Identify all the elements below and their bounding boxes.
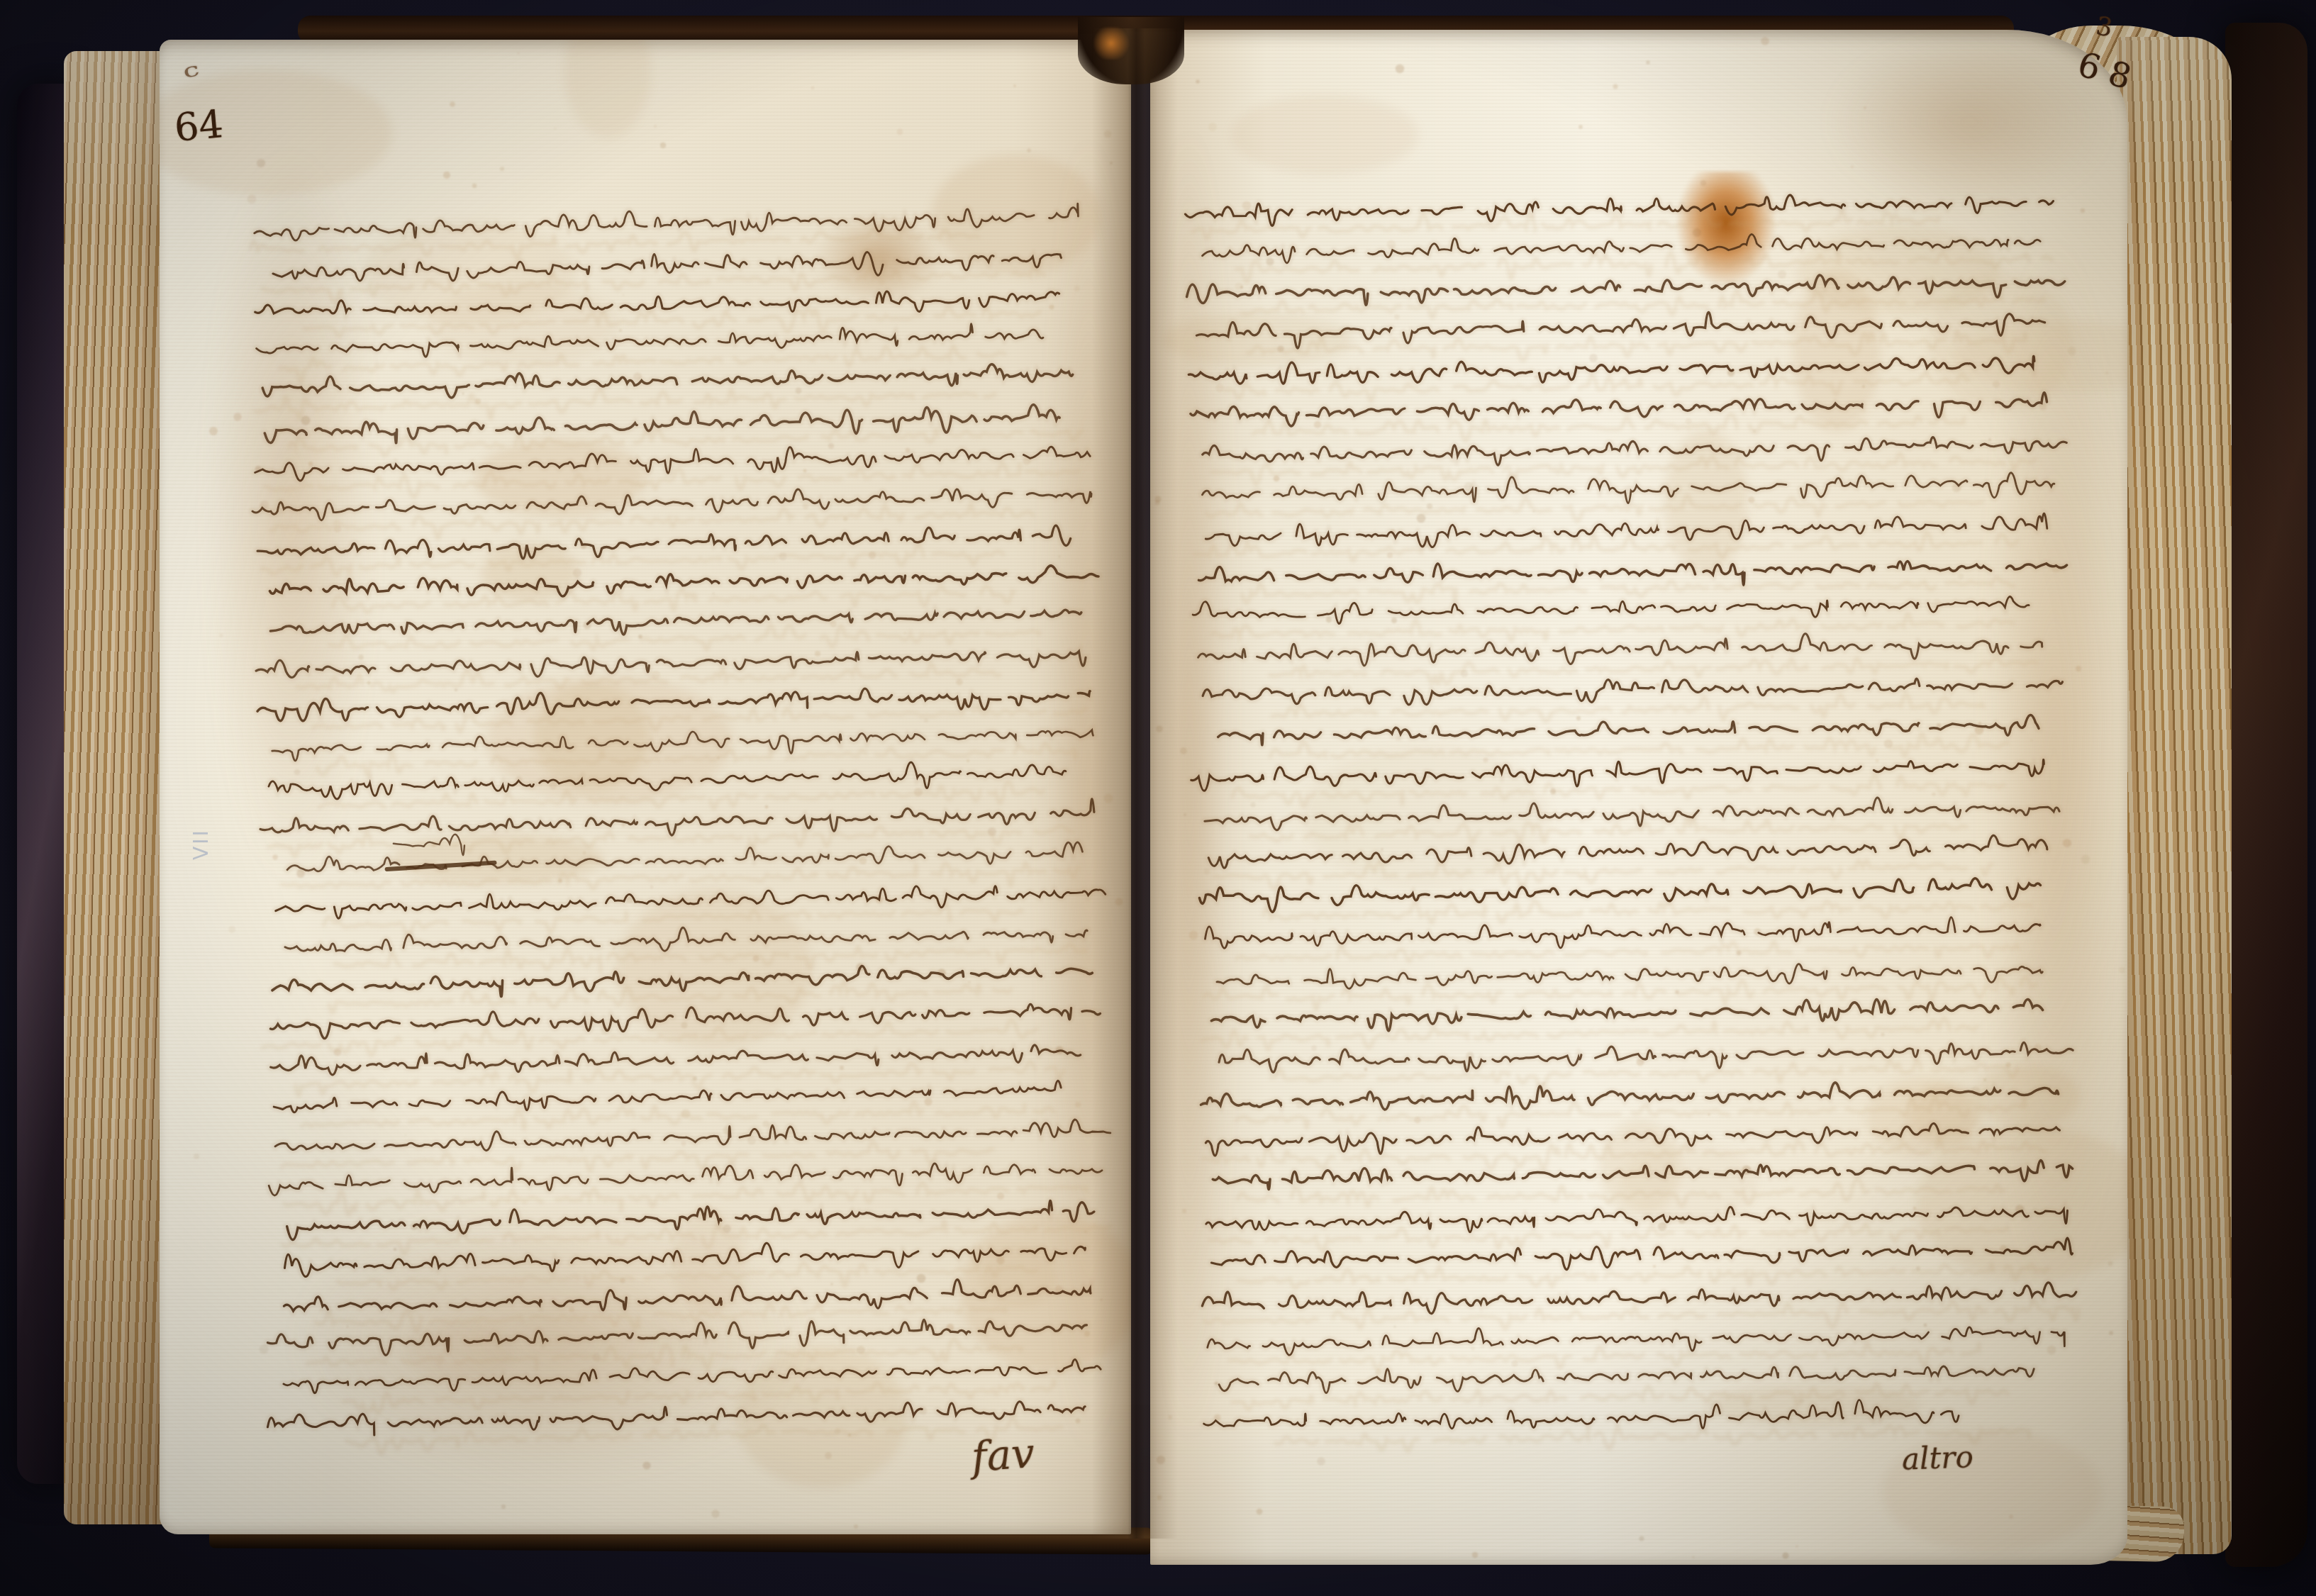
right-page-catchword: altro [1901,1439,1973,1476]
gutter-shadow [1092,28,1177,1539]
left-margin-blue-pencil-mark: VII [189,836,260,860]
handwriting-line [1218,715,2039,746]
handwriting-line [252,484,1092,523]
book-cover-right-edge [2225,23,2307,1567]
handwriting-right-page [1150,30,2127,1565]
left-page-folio-number: 64 [172,101,225,150]
handwriting-line [257,525,1071,564]
page-edges-left [64,51,172,1524]
left-page-catchword: fav [970,1429,1036,1481]
handwriting-left-page [160,40,1131,1534]
handwriting-line [1211,997,2043,1034]
right-page [1150,30,2127,1565]
left-page [160,40,1131,1534]
page-edges-right [2117,37,2232,1554]
photo-stage: c 64 3 68 fav altro VII [0,0,2316,1596]
